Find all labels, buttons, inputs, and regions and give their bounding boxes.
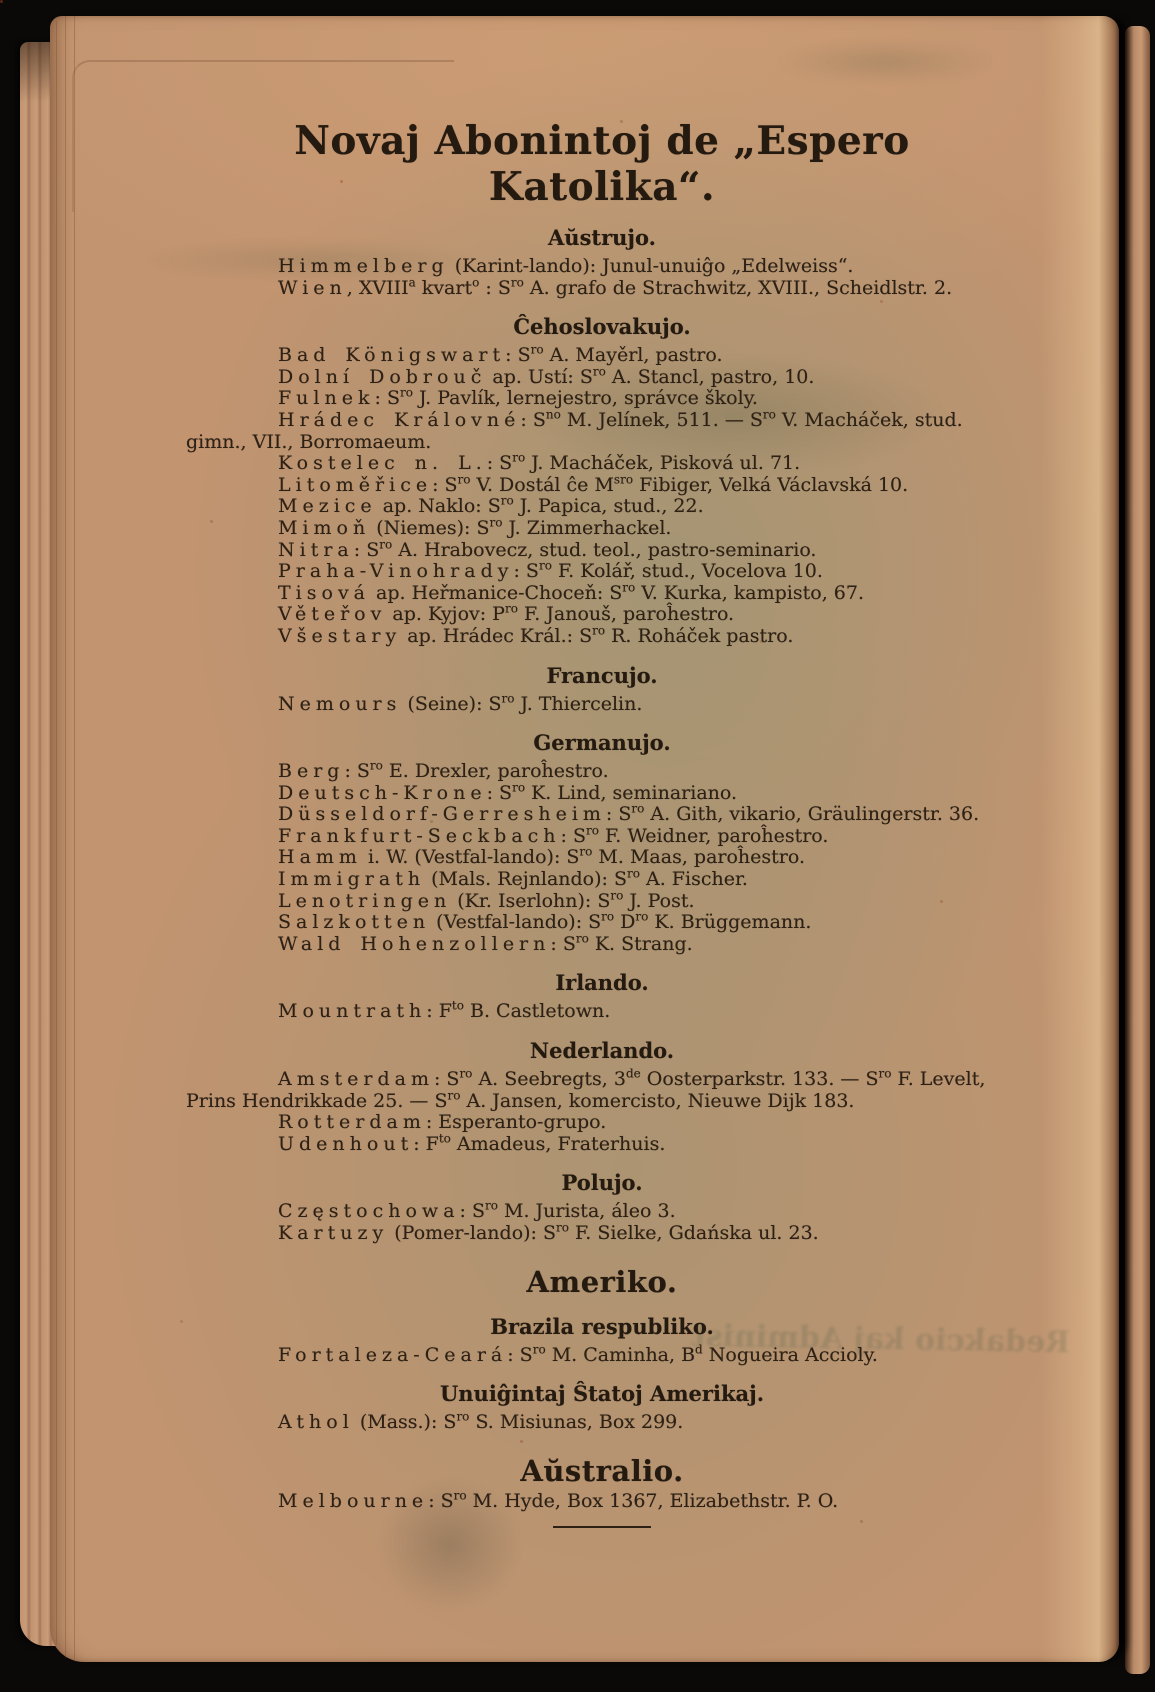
place-name: Frankfurt-Seckbach (278, 825, 561, 847)
subscriber-entry: Fortaleza-Ceará: Sro M. Caminha, Bd Nogu… (186, 1345, 1018, 1367)
subscriber-entry: Himmelberg (Karint-lando): Junul-unuiĝo … (186, 256, 1018, 278)
entry-text: : S (606, 803, 631, 825)
entry-text: : S (460, 1200, 485, 1222)
entry-text: ro (593, 364, 606, 378)
entry-text: A. Mayěrl, pastro. (544, 344, 723, 366)
subscriber-entry: Fulnek: Sro J. Pavlík, lernejestro, sprá… (186, 388, 1018, 410)
entry-text: J. Thiercelin. (515, 693, 643, 715)
entry-text: J. Zimmerhackel. (502, 517, 671, 539)
subscriber-entry: Melbourne: Sro M. Hyde, Box 1367, Elizab… (186, 1491, 1018, 1513)
place-name: Fortaleza-Ceará (278, 1344, 507, 1366)
entry-text: A. Gith, vikario, Gräulingerstr. 36. (644, 803, 979, 825)
subscriber-sections: Aŭstrujo.Himmelberg (Karint-lando): Junu… (186, 225, 1018, 1512)
place-name: Mimoň (278, 517, 370, 539)
entry-text: ro (459, 1067, 472, 1081)
page-title: Novaj Abonintoj de „Espero Katolika“. (186, 118, 1018, 210)
entry-text: Nogueira Accioly. (703, 1344, 878, 1366)
entry-text: K. Lind, seminariano. (525, 782, 737, 804)
entry-text: kvart (416, 277, 472, 299)
entry-text: ro (512, 780, 525, 794)
entry-text: : S (432, 474, 457, 496)
entry-text: ro (533, 1342, 546, 1356)
place-name: Düsseldorf-Gerresheim (278, 803, 606, 825)
entry-text: ro (505, 602, 518, 616)
entry-text: : S (487, 782, 512, 804)
entry-text: ro (511, 275, 524, 289)
place-name: Praha-Vinohrady (278, 560, 513, 582)
entry-text: F. Kolář, stud., Vocelova 10. (552, 560, 823, 582)
entry-text: ro (878, 1067, 891, 1081)
section-title: Aŭstralio. (186, 1454, 1018, 1488)
entry-text: de (626, 1067, 641, 1081)
place-name: Všestary (278, 625, 401, 647)
entry-text: (Mass.): S (354, 1411, 457, 1433)
subscriber-entry: Kartuzy (Pomer-lando): Sro F. Sielke, Gd… (186, 1223, 1018, 1245)
entry-text: (Niemes): S (370, 517, 489, 539)
entry-text: Amadeus, Fraterhuis. (451, 1133, 665, 1155)
entry-text: : S (344, 760, 369, 782)
entry-text: ro (601, 910, 614, 924)
entry-text: to (439, 1131, 451, 1145)
entry-text: M. Caminha, B (546, 1344, 695, 1366)
place-name: Himmelberg (278, 255, 449, 277)
subscriber-entry: Wien, XVIIIa kvarto : Sro A. grafo de St… (186, 278, 1018, 300)
entry-text: ro (485, 1199, 498, 1213)
place-name: Tisová (278, 582, 370, 604)
entry-text: ap. Ustí: S (486, 366, 593, 388)
entry-text: Prins Hendrikkade 25. — S (186, 1090, 447, 1112)
place-name: Rotterdam (278, 1111, 426, 1133)
entry-text: : S (375, 387, 400, 409)
place-name: Fulnek (278, 387, 375, 409)
entry-text: no (546, 408, 561, 422)
end-rule-divider (553, 1526, 651, 1528)
entry-text: M. Hyde, Box 1367, Elizabethstr. P. O. (467, 1490, 839, 1512)
entry-text: F. Sielke, Gdańska ul. 23. (569, 1222, 819, 1244)
subscriber-entry: Frankfurt-Seckbach: Sro F. Weidner, paro… (186, 826, 1018, 848)
place-name: Věteřov (278, 603, 386, 625)
entry-text: a (409, 275, 416, 289)
place-name: Mountrath (278, 1000, 426, 1022)
entry-text: (Seine): S (401, 693, 501, 715)
entry-text: ro (512, 451, 525, 465)
place-name: Lenotringen (278, 890, 451, 912)
place-name: Litoměřice (278, 474, 432, 496)
place-name: Częstochowa (278, 1200, 460, 1222)
entry-text: K. Brüggemann. (648, 911, 811, 933)
place-name: Udenhout (278, 1133, 413, 1155)
entry-text: J. Papica, stud., 22. (514, 495, 704, 517)
entry-text: ap. Naklo: S (377, 495, 501, 517)
entry-text: ro (622, 580, 635, 594)
section-title: Nederlando. (186, 1038, 1018, 1064)
entry-text: : S (505, 344, 530, 366)
entry-text: ro (586, 824, 599, 838)
subscriber-entry: Amsterdam: Sro A. Seebregts, 3de Oosterp… (186, 1069, 1018, 1112)
subscriber-entry: Tisová ap. Heřmanice-Choceň: Sro V. Kurk… (186, 583, 1018, 605)
entry-text: ro (576, 932, 589, 946)
entry-text: V. Dostál ĉe M (471, 474, 614, 496)
page-curl-highlight (1041, 16, 1119, 1662)
section-title: Brazila respubliko. (186, 1314, 1018, 1340)
entry-text: , XVIII (347, 277, 409, 299)
subscriber-entry: Praha-Vinohrady: Sro F. Kolář, stud., Vo… (186, 561, 1018, 583)
section-title: Ameriko. (186, 1265, 1018, 1299)
spine-crease-lines (56, 16, 78, 1662)
entry-text: ro (539, 559, 552, 573)
entry-text: E. Drexler, paroĥestro. (383, 760, 609, 782)
subscriber-entry: Nemours (Seine): Sro J. Thiercelin. (186, 694, 1018, 716)
page-text-block: Novaj Abonintoj de „Espero Katolika“. Aŭ… (186, 118, 1018, 1528)
entry-text: J. Macháček, Pisková ul. 71. (525, 452, 800, 474)
entry-text: (Pomer-lando): S (388, 1222, 556, 1244)
entry-text: A. grafo de Strachwitz, XVIII., Scheidls… (524, 277, 952, 299)
entry-text: V. Macháček, stud. (776, 409, 963, 431)
entry-text: : S (520, 409, 545, 431)
entry-text: ro (458, 472, 471, 486)
entry-text: sro (614, 472, 633, 486)
section-title: Francujo. (186, 663, 1018, 689)
entry-text: V. Kurka, kampisto, 67. (635, 582, 864, 604)
entry-text: M. Jurista, áleo 3. (498, 1200, 676, 1222)
entry-text: : S (479, 277, 511, 299)
subscriber-entry: Immigrath (Mals. Rejnlando): Sro A. Fisc… (186, 869, 1018, 891)
entry-text: : S (513, 560, 538, 582)
entry-text: ro (379, 537, 392, 551)
place-name: Dolní Dobrouč (278, 366, 486, 388)
entry-text: (Mals. Rejnlando): S (425, 868, 627, 890)
entry-text: ro (501, 494, 514, 508)
entry-text: to (452, 999, 464, 1013)
subscriber-entry: Všestary ap. Hrádec Král.: Sro R. Roháče… (186, 626, 1018, 648)
entry-text: : S (561, 825, 586, 847)
place-name: Kartuzy (278, 1222, 388, 1244)
subscriber-entry: Kostelec n. L.: Sro J. Macháček, Pisková… (186, 453, 1018, 475)
entry-text: M. Maas, paroĥestro. (592, 846, 805, 868)
subscriber-entry: Berg: Sro E. Drexler, paroĥestro. (186, 761, 1018, 783)
scanned-book-photo: { "page": { "title": "Novaj Abonintoj de… (0, 0, 1155, 1692)
entry-text: ro (627, 867, 640, 881)
subscriber-entry: Rotterdam: Esperanto-grupo. (186, 1112, 1018, 1134)
entry-text: ap. Kyjov: P (386, 603, 505, 625)
subscriber-entry: Częstochowa: Sro M. Jurista, áleo 3. (186, 1201, 1018, 1223)
entry-text: ro (531, 343, 544, 357)
entry-text: : S (507, 1344, 532, 1366)
place-name: Immigrath (278, 868, 425, 890)
paper-fibre-specks (0, 0, 3, 3)
subscriber-entry: Deutsch-Krone: Sro K. Lind, seminariano. (186, 783, 1018, 805)
entry-text: : F (426, 1000, 452, 1022)
entry-text: F. Levelt, (891, 1068, 985, 1090)
entry-text: : S (428, 1490, 453, 1512)
entry-text: ro (631, 802, 644, 816)
entry-text: J. Post. (623, 890, 694, 912)
subscriber-entry: Mountrath: Fto B. Castletown. (186, 1001, 1018, 1023)
entry-text: A. Stancl, pastro, 10. (606, 366, 815, 388)
place-name: Nitra (278, 539, 354, 561)
section-title: Germanujo. (186, 730, 1018, 756)
subscriber-entry: Mimoň (Niemes): Sro J. Zimmerhackel. (186, 518, 1018, 540)
subscriber-entry: Dolní Dobrouč ap. Ustí: Sro A. Stancl, p… (186, 367, 1018, 389)
entry-text: F. Janouš, paroĥestro. (518, 603, 734, 625)
entry-text: F. Weidner, paroĥestro. (599, 825, 828, 847)
entry-text: (Vestfal-lando): S (430, 911, 601, 933)
entry-text: D (614, 911, 635, 933)
place-name: Kostelec n. L. (278, 452, 487, 474)
entry-text: B. Castletown. (464, 1000, 610, 1022)
place-name: Melbourne (278, 1490, 428, 1512)
entry-text: : S (354, 539, 379, 561)
entry-text: ro (447, 1088, 460, 1102)
subscriber-entry: Wald Hohenzollern: Sro K. Strang. (186, 934, 1018, 956)
entry-text: : S (550, 933, 575, 955)
entry-text: A. Fischer. (640, 868, 748, 890)
entry-text: : Esperanto-grupo. (426, 1111, 606, 1133)
subscriber-entry: Udenhout: Fto Amadeus, Fraterhuis. (186, 1134, 1018, 1156)
entry-text: ro (579, 845, 592, 859)
entry-text: ro (763, 408, 776, 422)
subscriber-entry: Athol (Mass.): Sro S. Misiunas, Box 299. (186, 1412, 1018, 1434)
entry-text: ro (370, 759, 383, 773)
entry-text: (Kr. Iserlohn): S (451, 890, 610, 912)
place-name: Berg (278, 760, 344, 782)
place-name: Hamm (278, 846, 362, 868)
subscriber-entry: Mezice ap. Naklo: Sro J. Papica, stud., … (186, 496, 1018, 518)
entry-text: : F (413, 1133, 439, 1155)
place-name: Bad Königswart (278, 344, 505, 366)
subscriber-entry: Düsseldorf-Gerresheim: Sro A. Gith, vika… (186, 804, 1018, 826)
entry-text: ro (556, 1221, 569, 1235)
entry-text: ro (610, 888, 623, 902)
subscriber-entry: Nitra: Sro A. Hrabovecz, stud. teol., pa… (186, 540, 1018, 562)
section-title: Polujo. (186, 1170, 1018, 1196)
place-name: Athol (278, 1411, 354, 1433)
entry-text: ro (454, 1488, 467, 1502)
place-name: Mezice (278, 495, 377, 517)
entry-text: : S (434, 1068, 459, 1090)
place-name: Hrádec Královné (278, 409, 520, 431)
entry-text: ro (592, 624, 605, 638)
section-title: Unuiĝintaj Ŝtatoj Amerikaj. (186, 1381, 1018, 1407)
entry-text: Fibiger, Velká Václavská 10. (633, 474, 908, 496)
subscriber-entry: Litoměřice: Sro V. Dostál ĉe Msro Fibige… (186, 475, 1018, 497)
place-name: Amsterdam (278, 1068, 434, 1090)
section-title: Irlando. (186, 970, 1018, 996)
place-name: Nemours (278, 693, 401, 715)
entry-text: K. Strang. (589, 933, 693, 955)
entry-text: (Karint-lando): Junul-unuiĝo „Edelweiss“… (449, 255, 854, 277)
place-name: Wald Hohenzollern (278, 933, 550, 955)
subscriber-entry: Hamm i. W. (Vestfal-lando): Sro M. Maas,… (186, 847, 1018, 869)
entry-text: Oosterparkstr. 133. — S (641, 1068, 879, 1090)
subscriber-entry: Salzkotten (Vestfal-lando): Sro Dro K. B… (186, 912, 1018, 934)
entry-text: ro (502, 691, 515, 705)
entry-text: ro (456, 1410, 469, 1424)
entry-text: S. Misiunas, Box 299. (469, 1411, 683, 1433)
entry-text: : S (487, 452, 512, 474)
entry-text: M. Jelínek, 511. — S (561, 409, 763, 431)
place-name: Wien (278, 277, 347, 299)
entry-text: d (695, 1342, 703, 1356)
subscriber-entry: Hrádec Královné: Sno M. Jelínek, 511. — … (186, 410, 1018, 453)
entry-text: i. W. (Vestfal-lando): S (362, 846, 579, 868)
entry-text: ro (635, 910, 648, 924)
section-title: Ĉehoslovakujo. (186, 314, 1018, 340)
place-name: Deutsch-Krone (278, 782, 487, 804)
entry-text: ap. Hrádec Král.: S (401, 625, 592, 647)
section-title: Aŭstrujo. (186, 225, 1018, 251)
next-page-edge (1125, 26, 1150, 1674)
entry-text: A. Hrabovecz, stud. teol., pastro-semina… (392, 539, 816, 561)
entry-text: A. Jansen, komercisto, Nieuwe Dijk 183. (460, 1090, 854, 1112)
entry-text: gimn., VII., Borromaeum. (186, 431, 431, 453)
place-name: Salzkotten (278, 911, 430, 933)
entry-text: ap. Heřmanice-Choceň: S (370, 582, 622, 604)
entry-text: J. Pavlík, lernejestro, správce školy. (413, 387, 758, 409)
entry-text: ro (400, 386, 413, 400)
entry-text: A. Seebregts, 3 (472, 1068, 626, 1090)
entry-text: R. Roháček pastro. (605, 625, 793, 647)
entry-text: ro (490, 516, 503, 530)
